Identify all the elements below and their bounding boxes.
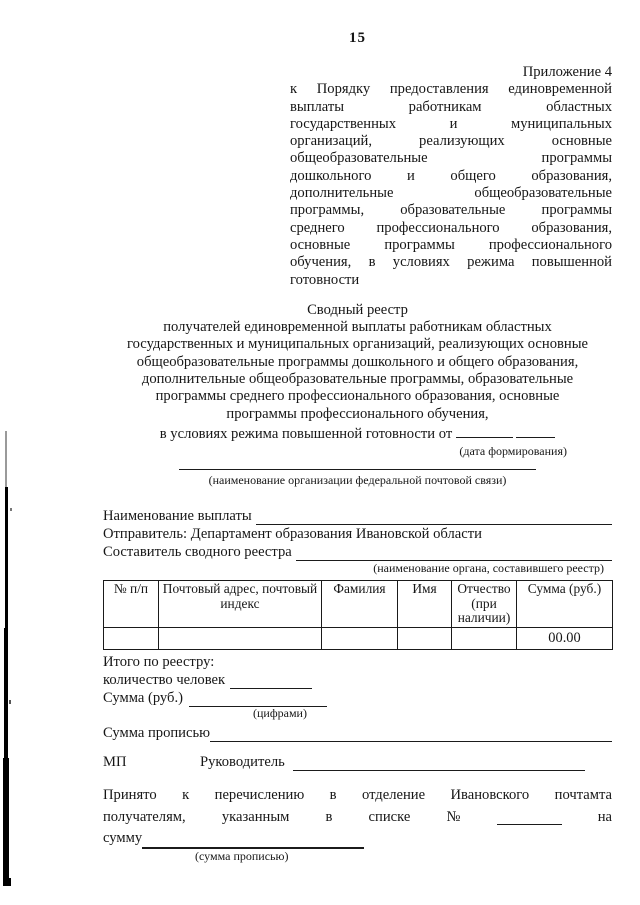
postal-org-caption: (наименование организации федеральной по… bbox=[179, 474, 536, 487]
appendix-header: Приложение 4 к Порядку предоставления ед… bbox=[290, 64, 612, 289]
acceptance-word: № bbox=[446, 807, 460, 828]
registry-title: Сводный реестр получателей единовременно… bbox=[103, 302, 612, 458]
list-number-blank-line bbox=[497, 810, 562, 825]
col-header-surname: Фамилия bbox=[322, 581, 398, 628]
appendix-line: к Порядку предоставления единовременной bbox=[290, 81, 612, 98]
appendix-title: Приложение 4 bbox=[290, 64, 612, 81]
appendix-line: готовности bbox=[290, 272, 612, 289]
acceptance-word: на bbox=[598, 807, 612, 828]
registry-title-line: дополнительные общеобразовательные прогр… bbox=[103, 371, 612, 388]
sum-words-row: Сумма прописью bbox=[103, 723, 612, 741]
acceptance-line: сумму bbox=[103, 828, 612, 849]
stamp-label: МП bbox=[103, 754, 200, 771]
form-fields: Наименование выплаты Отправитель: Департ… bbox=[103, 506, 612, 575]
appendix-line: обучения, в условиях режима повышенной bbox=[290, 254, 612, 271]
acceptance-word: в bbox=[326, 807, 333, 828]
head-signature-blank-line bbox=[293, 756, 585, 771]
acceptance-sum-label: сумму bbox=[103, 828, 142, 849]
acceptance-line: Принято к перечислению в отделение Ивано… bbox=[103, 785, 612, 806]
totals-section: Итого по реестру: количество человек Сум… bbox=[103, 653, 612, 742]
page-content: 15 Приложение 4 к Порядку предоставления… bbox=[0, 0, 640, 863]
compiler-row: Составитель сводного реестра bbox=[103, 543, 612, 561]
cell-sum: 00.00 bbox=[517, 627, 613, 649]
compiler-caption: (наименование органа, составившего реест… bbox=[103, 562, 612, 575]
col-header-address: Почтовый адрес, почтовый индекс bbox=[159, 581, 322, 628]
acceptance-line: получателям, указанным в списке № на bbox=[103, 807, 612, 828]
acceptance-word: получателям, bbox=[103, 807, 186, 828]
acceptance-sum-blank-line bbox=[142, 833, 364, 849]
col-header-name: Имя bbox=[398, 581, 452, 628]
table-row: 00.00 bbox=[104, 627, 613, 649]
registry-table: № п/п Почтовый адрес, почтовый индекс Фа… bbox=[103, 580, 613, 650]
acceptance-section: Принято к перечислению в отделение Ивано… bbox=[103, 785, 612, 863]
appendix-line: общеобразовательные программы bbox=[290, 150, 612, 167]
cell-surname bbox=[322, 627, 398, 649]
totals-heading: Итого по реестру: bbox=[103, 653, 612, 671]
people-count-blank-line bbox=[230, 674, 312, 689]
appendix-line: дошкольного и общего образования, bbox=[290, 168, 612, 185]
cell-address bbox=[159, 627, 322, 649]
col-header-number: № п/п bbox=[104, 581, 159, 628]
postal-org-block: (наименование организации федеральной по… bbox=[179, 469, 536, 487]
compiler-label: Составитель сводного реестра bbox=[103, 544, 292, 561]
sum-words-label: Сумма прописью bbox=[103, 725, 210, 742]
appendix-line: среднего профессионального образования, bbox=[290, 220, 612, 237]
appendix-line: организаций, реализующих основные bbox=[290, 133, 612, 150]
sender-label: Отправитель: Департамент образования Ива… bbox=[103, 526, 482, 543]
scan-artifact bbox=[3, 878, 11, 886]
registry-title-line: программы среднего профессионального обр… bbox=[103, 388, 612, 405]
appendix-line: дополнительные общеобразовательные bbox=[290, 185, 612, 202]
sum-digits-row: Сумма (руб.) bbox=[103, 689, 612, 707]
table-header-row: № п/п Почтовый адрес, почтовый индекс Фа… bbox=[104, 581, 613, 628]
acceptance-sum-caption: (сумма прописью) bbox=[195, 850, 612, 863]
appendix-line: основные программы профессионального bbox=[290, 237, 612, 254]
cell-name bbox=[398, 627, 452, 649]
payment-name-blank-line bbox=[256, 510, 612, 525]
date-caption: (дата формирования) bbox=[103, 445, 612, 458]
registry-title-line: общеобразовательные программы дошкольног… bbox=[103, 354, 612, 371]
payment-name-label: Наименование выплаты bbox=[103, 508, 252, 525]
appendix-line: выплаты работникам областных bbox=[290, 99, 612, 116]
signature-row: МП Руководитель bbox=[103, 753, 612, 771]
registry-from-line: в условиях режима повышенной готовности … bbox=[103, 423, 612, 443]
sum-digits-caption: (цифрами) bbox=[253, 707, 612, 720]
date-blank-line bbox=[456, 423, 513, 438]
payment-name-row: Наименование выплаты bbox=[103, 506, 612, 524]
people-count-row: количество человек bbox=[103, 671, 612, 689]
col-header-sum: Сумма (руб.) bbox=[517, 581, 613, 628]
sum-digits-label: Сумма (руб.) bbox=[103, 690, 183, 707]
appendix-line: программы, образовательные программы bbox=[290, 202, 612, 219]
appendix-line: государственных и муниципальных bbox=[290, 116, 612, 133]
sum-words-blank-line bbox=[210, 727, 612, 742]
acceptance-word: указанным bbox=[222, 807, 290, 828]
compiler-blank-line bbox=[296, 546, 612, 561]
registry-title-line: программы профессионального обучения, bbox=[103, 406, 612, 423]
registry-title-line: получателей единовременной выплаты работ… bbox=[103, 319, 612, 336]
acceptance-word: списке bbox=[369, 807, 411, 828]
page-number: 15 bbox=[103, 30, 612, 47]
sender-row: Отправитель: Департамент образования Ива… bbox=[103, 525, 612, 543]
registry-from-label: в условиях режима повышенной готовности … bbox=[160, 426, 452, 442]
col-header-patronymic: Отчество (при наличии) bbox=[452, 581, 517, 628]
date-blank-line bbox=[516, 423, 555, 438]
people-count-label: количество человек bbox=[103, 672, 225, 689]
sum-digits-blank-line bbox=[189, 692, 327, 707]
cell-patronymic bbox=[452, 627, 517, 649]
registry-title-line: государственных и муниципальных организа… bbox=[103, 336, 612, 353]
document-page: 15 Приложение 4 к Порядку предоставления… bbox=[0, 0, 640, 905]
head-label: Руководитель bbox=[200, 754, 285, 771]
cell-number bbox=[104, 627, 159, 649]
registry-title-line: Сводный реестр bbox=[103, 302, 612, 319]
